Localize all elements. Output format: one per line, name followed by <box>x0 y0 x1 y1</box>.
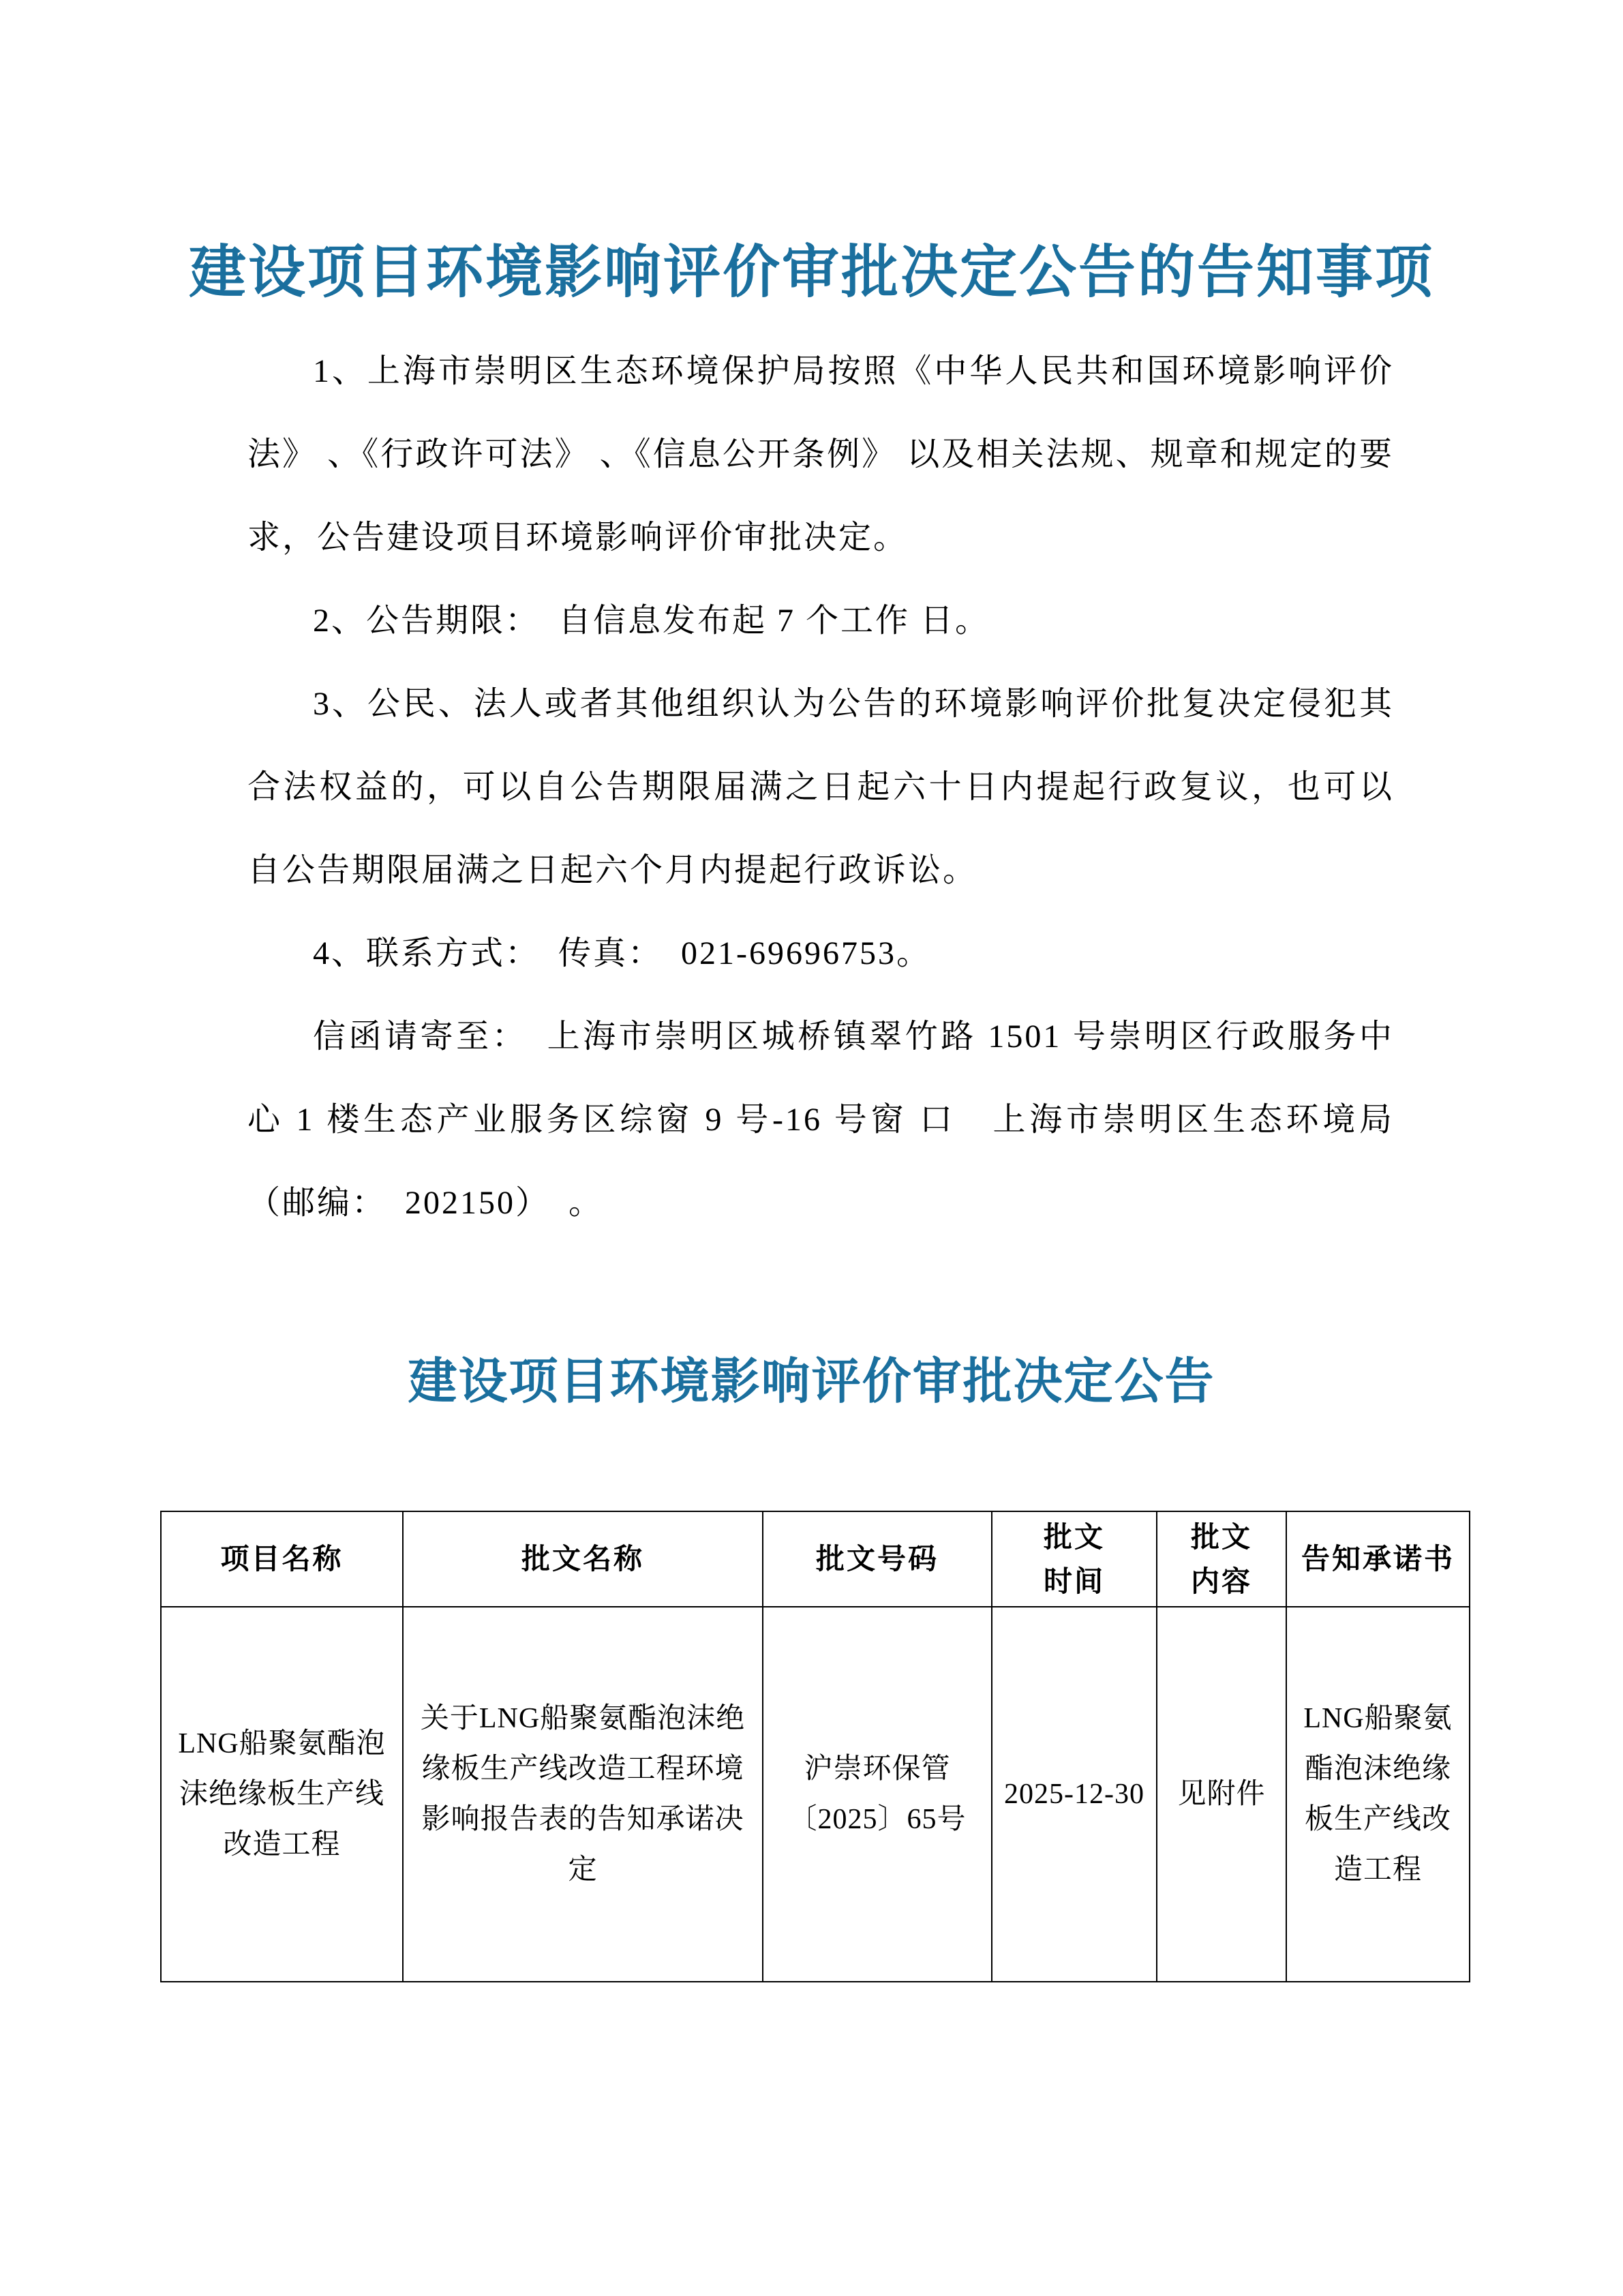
announcement-title: 建设项目环境影响评价审批决定公告 <box>82 1354 1541 1410</box>
column-header-approval-name: 批文名称 <box>403 1511 763 1607</box>
table-header-row: 项目名称 批文名称 批文号码 批文 时间 批文 内容 告知承诺书 <box>161 1511 1470 1607</box>
table-row: LNG船聚氨酯泡沫绝缘板生产线改造工程 关于LNG船聚氨酯泡沫绝缘板生产线改造工… <box>161 1607 1470 1982</box>
cell-approval-number: 沪崇环保管〔2025〕65号 <box>763 1607 992 1982</box>
cell-approval-content: 见附件 <box>1157 1607 1286 1982</box>
cell-project-name: LNG船聚氨酯泡沫绝缘板生产线改造工程 <box>161 1607 403 1982</box>
notice-body: 1、上海市崇明区生态环境保护局按照《中华人民共和国环境影响评价法》 、《行政许可… <box>247 330 1394 1245</box>
column-header-commitment-letter: 告知承诺书 <box>1286 1511 1470 1607</box>
paragraph-4: 4、联系方式： 传真： 021-69696753。 <box>247 912 1394 995</box>
cell-approval-date: 2025-12-30 <box>992 1607 1157 1982</box>
cell-commitment-letter: LNG船聚氨酯泡沫绝缘板生产线改造工程 <box>1286 1607 1470 1982</box>
column-header-project-name: 项目名称 <box>161 1511 403 1607</box>
document-page: 建设项目环境影响评价审批决定公告的告知事项 1、上海市崇明区生态环境保护局按照《… <box>0 0 1623 2296</box>
paragraph-5: 信函请寄至： 上海市崇明区城桥镇翠竹路 1501 号崇明区行政服务中心 1 楼生… <box>247 995 1394 1245</box>
paragraph-1: 1、上海市崇明区生态环境保护局按照《中华人民共和国环境影响评价法》 、《行政许可… <box>247 330 1394 579</box>
column-header-approval-number: 批文号码 <box>763 1511 992 1607</box>
column-header-approval-date: 批文 时间 <box>992 1511 1157 1607</box>
approval-table: 项目名称 批文名称 批文号码 批文 时间 批文 内容 告知承诺书 LNG船聚氨酯… <box>160 1511 1470 1982</box>
cell-approval-name: 关于LNG船聚氨酯泡沫绝缘板生产线改造工程环境影响报告表的告知承诺决定 <box>403 1607 763 1982</box>
paragraph-2: 2、公告期限： 自信息发布起 7 个工作 日。 <box>247 579 1394 663</box>
notice-title: 建设项目环境影响评价审批决定公告的告知事项 <box>82 240 1541 304</box>
column-header-approval-content: 批文 内容 <box>1157 1511 1286 1607</box>
paragraph-3: 3、公民、法人或者其他组织认为公告的环境影响评价批复决定侵犯其合法权益的，可以自… <box>247 663 1394 912</box>
